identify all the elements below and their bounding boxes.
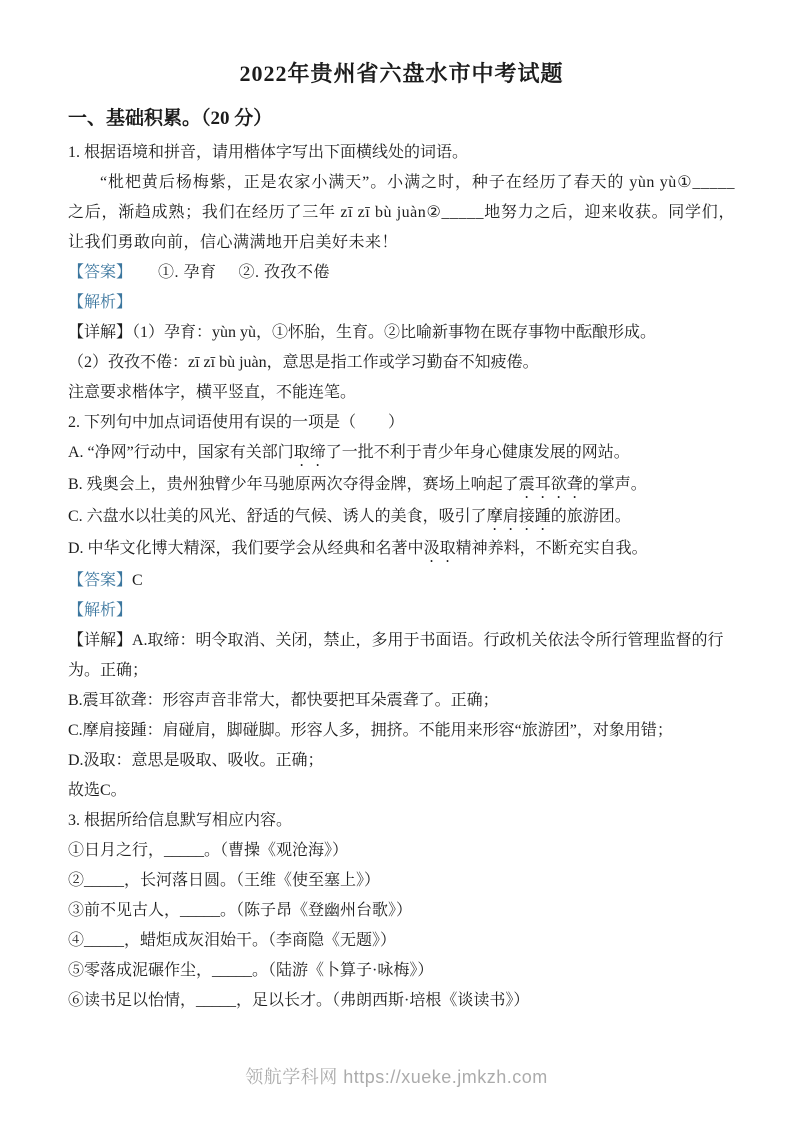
q2-option-d-suffix: 精神养料，不断充实自我。 — [456, 540, 648, 557]
document-content: 2022年贵州省六盘水市中考试题 一、基础积累。（20 分） 1. 根据语境和拼… — [68, 56, 735, 1016]
q2-analysis-line: 【解析】 — [68, 596, 735, 626]
q2-option-b: B. 残奥会上，贵州独臂少年马驰原两次夺得金牌，赛场上响起了震耳欲聋的掌声。 — [68, 470, 735, 502]
q1-detail-line-2: （2）孜孜不倦：zī zī bù juàn，意思是指工作或学习勤奋不知疲倦。 — [68, 348, 735, 378]
q2-option-d-emphasized-word: 汲取 — [424, 540, 456, 557]
q2-answer-value: C — [132, 572, 143, 589]
q2-detail-line-5: 故选C。 — [68, 776, 735, 806]
question-3: 3. 根据所给信息默写相应内容。 ①日月之行，_____。（曹操《观沧海》） ②… — [68, 806, 735, 1016]
site-watermark: 领航学科网 https://xueke.jmkzh.com — [0, 1063, 793, 1089]
analysis-label: 【解析】 — [68, 602, 132, 619]
document-title: 2022年贵州省六盘水市中考试题 — [68, 56, 735, 92]
q1-prompt: 1. 根据语境和拼音，请用楷体字写出下面横线处的词语。 — [68, 138, 735, 168]
q1-answer-item-2: ②. 孜孜不倦 — [239, 264, 331, 281]
q2-detail-line-4: D.汲取：意思是吸取、吸收。正确； — [68, 746, 735, 776]
q2-option-a-emphasized-word: 取缔 — [294, 444, 326, 461]
q2-option-c-emphasized-word: 摩肩接踵 — [487, 508, 551, 525]
q2-detail-line-1: 【详解】A.取缔：明令取消、关闭，禁止，多用于书面语。行政机关依法令所行管理监督… — [68, 626, 735, 686]
q1-detail-line-3: 注意要求楷体字，横平竖直，不能连笔。 — [68, 378, 735, 408]
answer-label: 【答案】 — [68, 264, 132, 281]
q2-option-d-prefix: D. 中华文化博大精深，我们要学会从经典和名著中 — [68, 540, 424, 557]
q1-answer-item-1: ①. 孕育 — [158, 264, 217, 281]
q2-option-c-suffix: 的旅游团。 — [551, 508, 631, 525]
q3-prompt: 3. 根据所给信息默写相应内容。 — [68, 806, 735, 836]
question-2: 2. 下列句中加点词语使用有误的一项是（ ） A. “净网”行动中，国家有关部门… — [68, 408, 735, 806]
q2-option-a-prefix: A. “净网”行动中，国家有关部门 — [68, 444, 294, 461]
q2-option-b-suffix: 的掌声。 — [583, 476, 647, 493]
q3-item-1: ①日月之行，_____。（曹操《观沧海》） — [68, 836, 735, 866]
q2-option-a: A. “净网”行动中，国家有关部门取缔了一批不利于青少年身心健康发展的网站。 — [68, 438, 735, 470]
answer-label: 【答案】 — [68, 572, 132, 589]
q3-item-4: ④_____，蜡炬成灰泪始干。（李商隐《无题》） — [68, 926, 735, 956]
q2-option-a-suffix: 了一批不利于青少年身心健康发展的网站。 — [326, 444, 630, 461]
q2-option-c-prefix: C. 六盘水以壮美的风光、舒适的气候、诱人的美食，吸引了 — [68, 508, 487, 525]
q3-item-3: ③前不见古人，_____。（陈子昂《登幽州台歌》） — [68, 896, 735, 926]
q2-detail-line-3: C.摩肩接踵：肩碰肩，脚碰脚。形容人多，拥挤。不能用来形容“旅游团”，对象用错； — [68, 716, 735, 746]
q1-passage: “枇杷黄后杨梅紫，正是农家小满天”。小满之时，种子在经历了春天的 yùn yù①… — [68, 168, 735, 258]
q2-option-b-prefix: B. 残奥会上，贵州独臂少年马驰原两次夺得金牌，赛场上响起了 — [68, 476, 519, 493]
q3-item-2: ②_____，长河落日圆。（王维《使至塞上》） — [68, 866, 735, 896]
q3-item-5: ⑤零落成泥碾作尘，_____。（陆游《卜算子·咏梅》） — [68, 956, 735, 986]
q3-item-6: ⑥读书足以怡情，_____，足以长才。（弗朗西斯·培根《谈读书》） — [68, 986, 735, 1016]
q2-prompt: 2. 下列句中加点词语使用有误的一项是（ ） — [68, 408, 735, 438]
q2-option-c: C. 六盘水以壮美的风光、舒适的气候、诱人的美食，吸引了摩肩接踵的旅游团。 — [68, 502, 735, 534]
q1-analysis-line: 【解析】 — [68, 288, 735, 318]
q2-option-d: D. 中华文化博大精深，我们要学会从经典和名著中汲取精神养料，不断充实自我。 — [68, 534, 735, 566]
q2-answer-line: 【答案】C — [68, 566, 735, 596]
q2-option-b-emphasized-word: 震耳欲聋 — [519, 476, 583, 493]
section-heading-basics: 一、基础积累。（20 分） — [68, 104, 735, 134]
analysis-label: 【解析】 — [68, 294, 132, 311]
q2-detail-line-2: B.震耳欲聋：形容声音非常大，都快要把耳朵震聋了。正确； — [68, 686, 735, 716]
q1-detail-line-1: 【详解】（1）孕育：yùn yù，①怀胎，生育。②比喻新事物在既存事物中酝酿形成… — [68, 318, 735, 348]
q1-answer-line: 【答案】①. 孕育②. 孜孜不倦 — [68, 258, 735, 288]
question-1: 1. 根据语境和拼音，请用楷体字写出下面横线处的词语。 “枇杷黄后杨梅紫，正是农… — [68, 138, 735, 408]
exam-document-page: 2022年贵州省六盘水市中考试题 一、基础积累。（20 分） 1. 根据语境和拼… — [0, 0, 793, 1122]
